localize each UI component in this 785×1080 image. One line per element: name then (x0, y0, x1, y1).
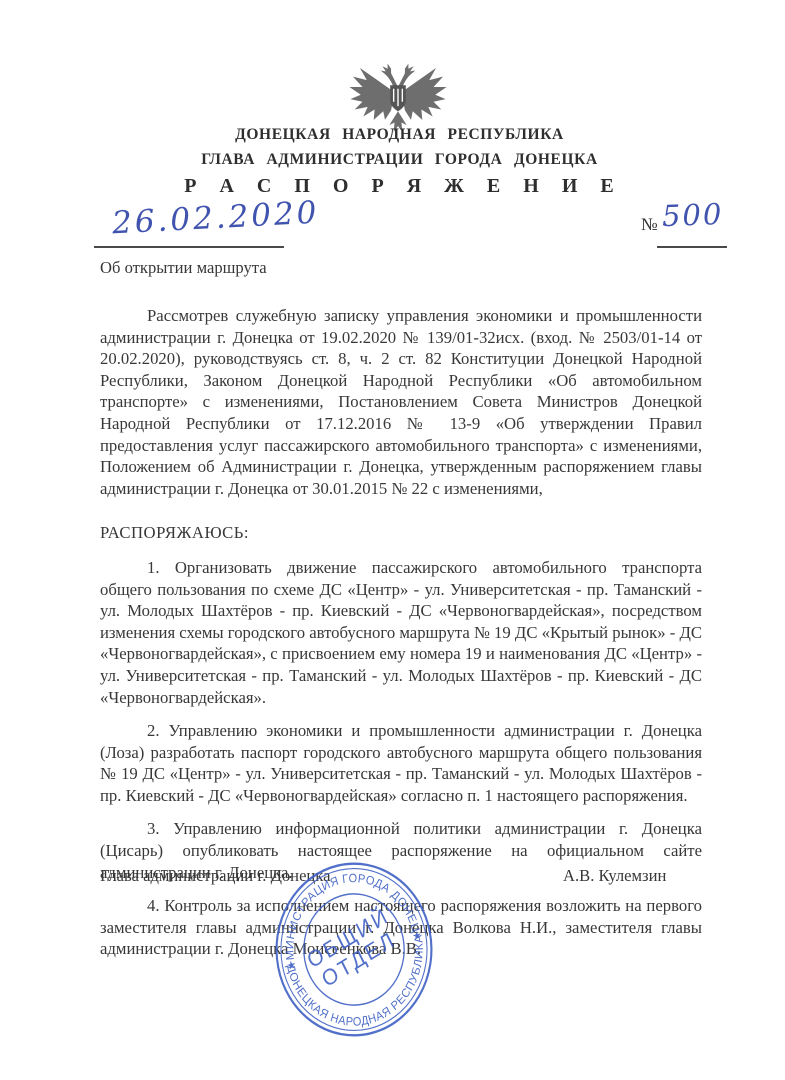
number-underline (657, 246, 727, 248)
date-handwritten: 26.02.2020 (111, 195, 320, 242)
intro-paragraph: Рассмотрев служебную записку управления … (100, 305, 702, 499)
number-label: № (641, 214, 658, 235)
org-name-republic: ДОНЕЦКАЯ НАРОДНАЯ РЕСПУБЛИКА (0, 126, 785, 144)
stamp-star-right-icon: ★ (411, 929, 423, 944)
resolve-heading: РАСПОРЯЖАЮСЬ: (100, 522, 702, 544)
office-stamp-icon: АДМИНИСТРАЦИЯ ГОРОДА ДОНЕЦКА ДОНЕЦКАЯ НА… (266, 852, 442, 1047)
document-type-title: Р А С П О Р Я Ж Е Н И Е (0, 175, 785, 198)
document-page: ДОНЕЦКАЯ НАРОДНАЯ РЕСПУБЛИКА ГЛАВА АДМИН… (0, 0, 785, 1080)
number-handwritten: 500 (661, 197, 724, 233)
order-item-1: 1. Организовать движение пассажирского а… (100, 557, 702, 708)
order-item-2: 2. Управлению экономики и промышленности… (100, 720, 702, 806)
org-name-authority: ГЛАВА АДМИНИСТРАЦИИ ГОРОДА ДОНЕЦКА (0, 151, 785, 169)
subject-line: Об открытии маршрута (100, 258, 267, 278)
signer-name: А.В. Кулемзин (563, 866, 666, 886)
stamp-star-left-icon: ★ (286, 959, 298, 974)
date-underline (94, 246, 284, 248)
